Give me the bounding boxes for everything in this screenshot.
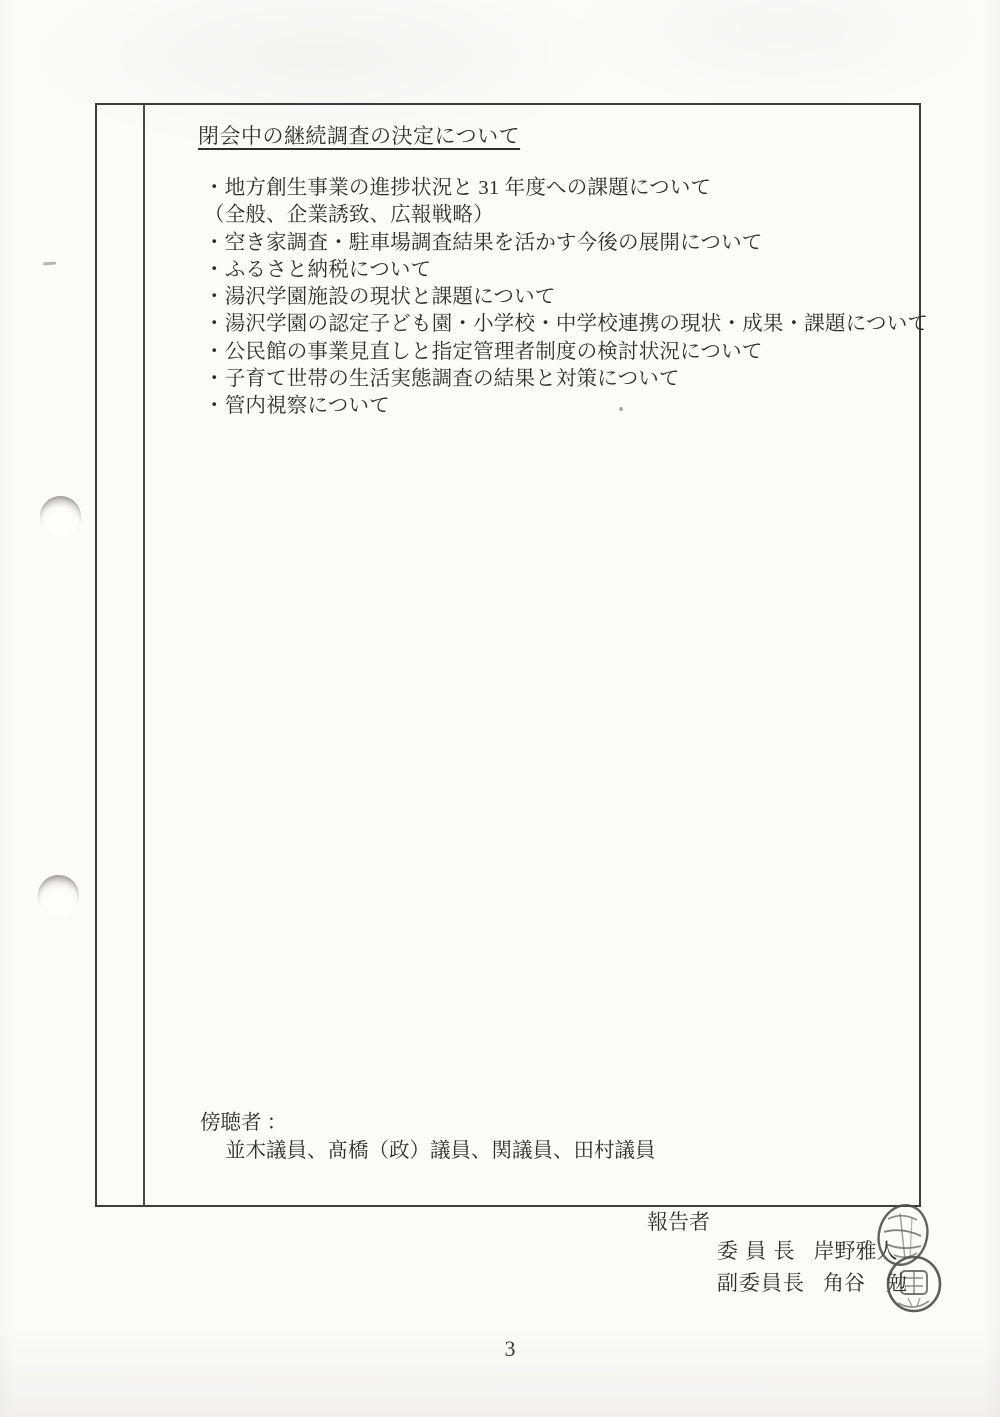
agenda-line: ・子育て世帯の生活実態調査の結果と対策について [204,366,909,393]
observers-names: 並木議員、髙橋（政）議員、関議員、田村議員 [225,1137,656,1165]
scanned-document-page: 閉会中の継続調査の決定について ・地方創生事業の進捗状況と 31 年度への課題に… [0,0,1000,1417]
chair-title: 委 員 長 [717,1238,796,1264]
page-number: 3 [470,1336,550,1362]
agenda-line: ・管内視察について [204,393,909,420]
agenda-line: ・地方創生事業の進捗状況と 31 年度への課題について [204,175,909,202]
agenda-line: ・公民館の事業見直しと指定管理者制度の検討状況について [204,339,909,366]
vice-chair-name: 角谷 勉 [823,1270,907,1296]
observers-section: 傍聴者 ： 並木議員、髙橋（政）議員、関議員、田村議員 [200,1109,656,1165]
vice-chair-signature-row: 副委員長 角谷 勉 [717,1270,907,1296]
reporter-label: 報告者 [647,1209,710,1235]
agenda-line: ・湯沢学園施設の現状と課題について [204,284,909,311]
hole-punch-bottom [38,875,79,916]
chair-name: 岸野雅人 [814,1238,898,1264]
chair-signature-row: 委 員 長 岸野雅人 [717,1238,898,1264]
agenda-line: ・空き家調査・駐車場調査結果を活かす今後の展開について [204,230,909,257]
observers-label: 傍聴者 ： [200,1109,656,1137]
table-content-cell: 閉会中の継続調査の決定について ・地方創生事業の進捗状況と 31 年度への課題に… [145,105,919,1205]
vice-chair-title: 副委員長 [717,1270,805,1296]
agenda-line-continuation: （全般、企業誘致、広報戦略） [204,202,909,229]
hole-punch-top [40,496,81,537]
section-title: 閉会中の継続調査の決定について [198,122,520,150]
agenda-line: ・湯沢学園の認定子ども園・小学校・中学校連携の現状・成果・課題について [204,311,909,338]
agenda-list: ・地方創生事業の進捗状況と 31 年度への課題について （全般、企業誘致、広報戦… [204,175,909,421]
agenda-line: ・ふるさと納税について [204,257,909,284]
scan-speck [43,262,56,266]
report-table: 閉会中の継続調査の決定について ・地方創生事業の進捗状況と 31 年度への課題に… [95,103,921,1207]
